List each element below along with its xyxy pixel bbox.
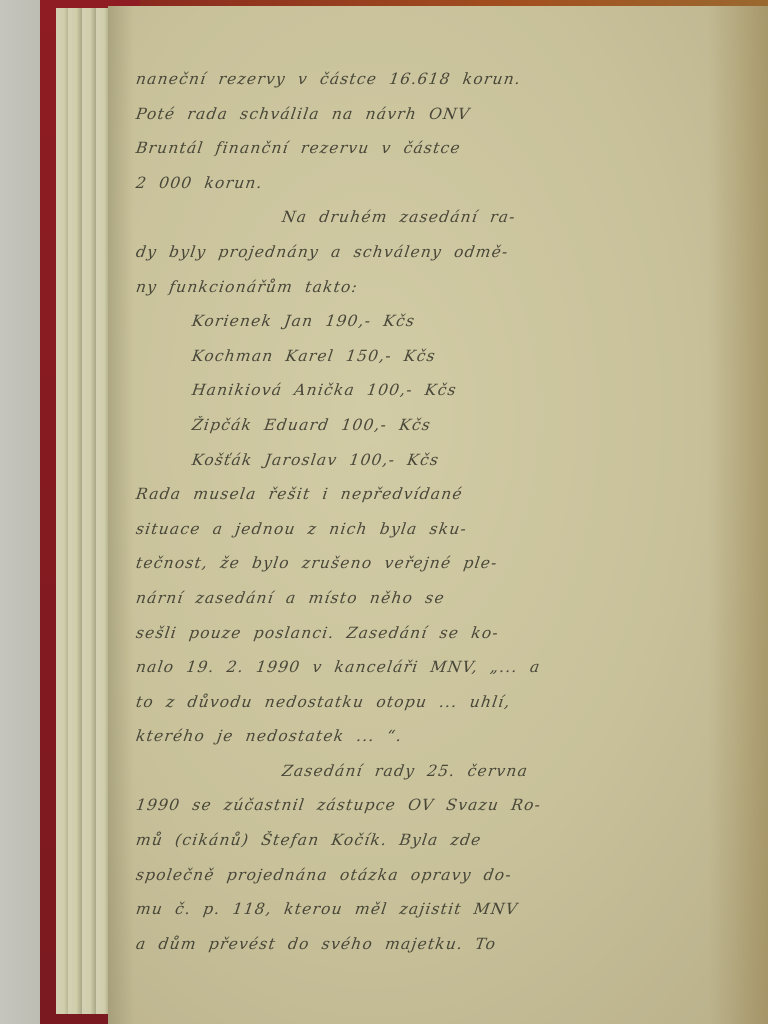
- text-line: dy byly projednány a schváleny odmě-: [134, 235, 579, 270]
- text-line: sešli pouze poslanci. Zasedání se ko-: [134, 616, 579, 651]
- text-line: nalo 19. 2. 1990 v kanceláři MNV, „... a: [134, 650, 579, 685]
- text-line: Poté rada schválila na návrh ONV: [134, 97, 579, 132]
- text-line: mů (cikánů) Štefan Kočík. Byla zde: [134, 823, 579, 858]
- payment-list-item: Kochman Karel 150,- Kčs: [134, 339, 579, 374]
- text-line: kterého je nedostatek ... “.: [134, 719, 579, 754]
- text-line: a dům převést do svého majetku. To: [134, 927, 579, 962]
- text-line: tečnost, že bylo zrušeno veřejné ple-: [134, 546, 579, 581]
- payment-list-item: Žipčák Eduard 100,- Kčs: [134, 408, 579, 443]
- handwritten-text: naneční rezervy v částce 16.618 korun. P…: [136, 62, 576, 961]
- text-line: 1990 se zúčastnil zástupce OV Svazu Ro-: [134, 788, 579, 823]
- page-edge: [68, 8, 83, 1014]
- text-line: ny funkcionářům takto:: [134, 270, 579, 305]
- payment-list-item: Košťák Jaroslav 100,- Kčs: [134, 443, 579, 478]
- text-line: to z důvodu nedostatku otopu ... uhlí,: [134, 685, 579, 720]
- text-line: nární zasedání a místo něho se: [134, 581, 579, 616]
- text-line: Rada musela řešit i nepředvídané: [134, 477, 579, 512]
- text-line: 2 000 korun.: [134, 166, 579, 201]
- paragraph-start-line: Zasedání rady 25. června: [134, 754, 579, 789]
- page-edge: [82, 8, 97, 1014]
- text-line: naneční rezervy v částce 16.618 korun.: [134, 62, 579, 97]
- text-line: mu č. p. 118, kterou měl zajistit MNV: [134, 892, 579, 927]
- paragraph-start-line: Na druhém zasedání ra-: [134, 200, 579, 235]
- text-line: společně projednána otázka opravy do-: [134, 858, 579, 893]
- payment-list-item: Korienek Jan 190,- Kčs: [134, 304, 579, 339]
- text-line: situace a jednou z nich byla sku-: [134, 512, 579, 547]
- payment-list-item: Hanikiová Anička 100,- Kčs: [134, 373, 579, 408]
- text-line: Bruntál finanční rezervu v částce: [134, 131, 579, 166]
